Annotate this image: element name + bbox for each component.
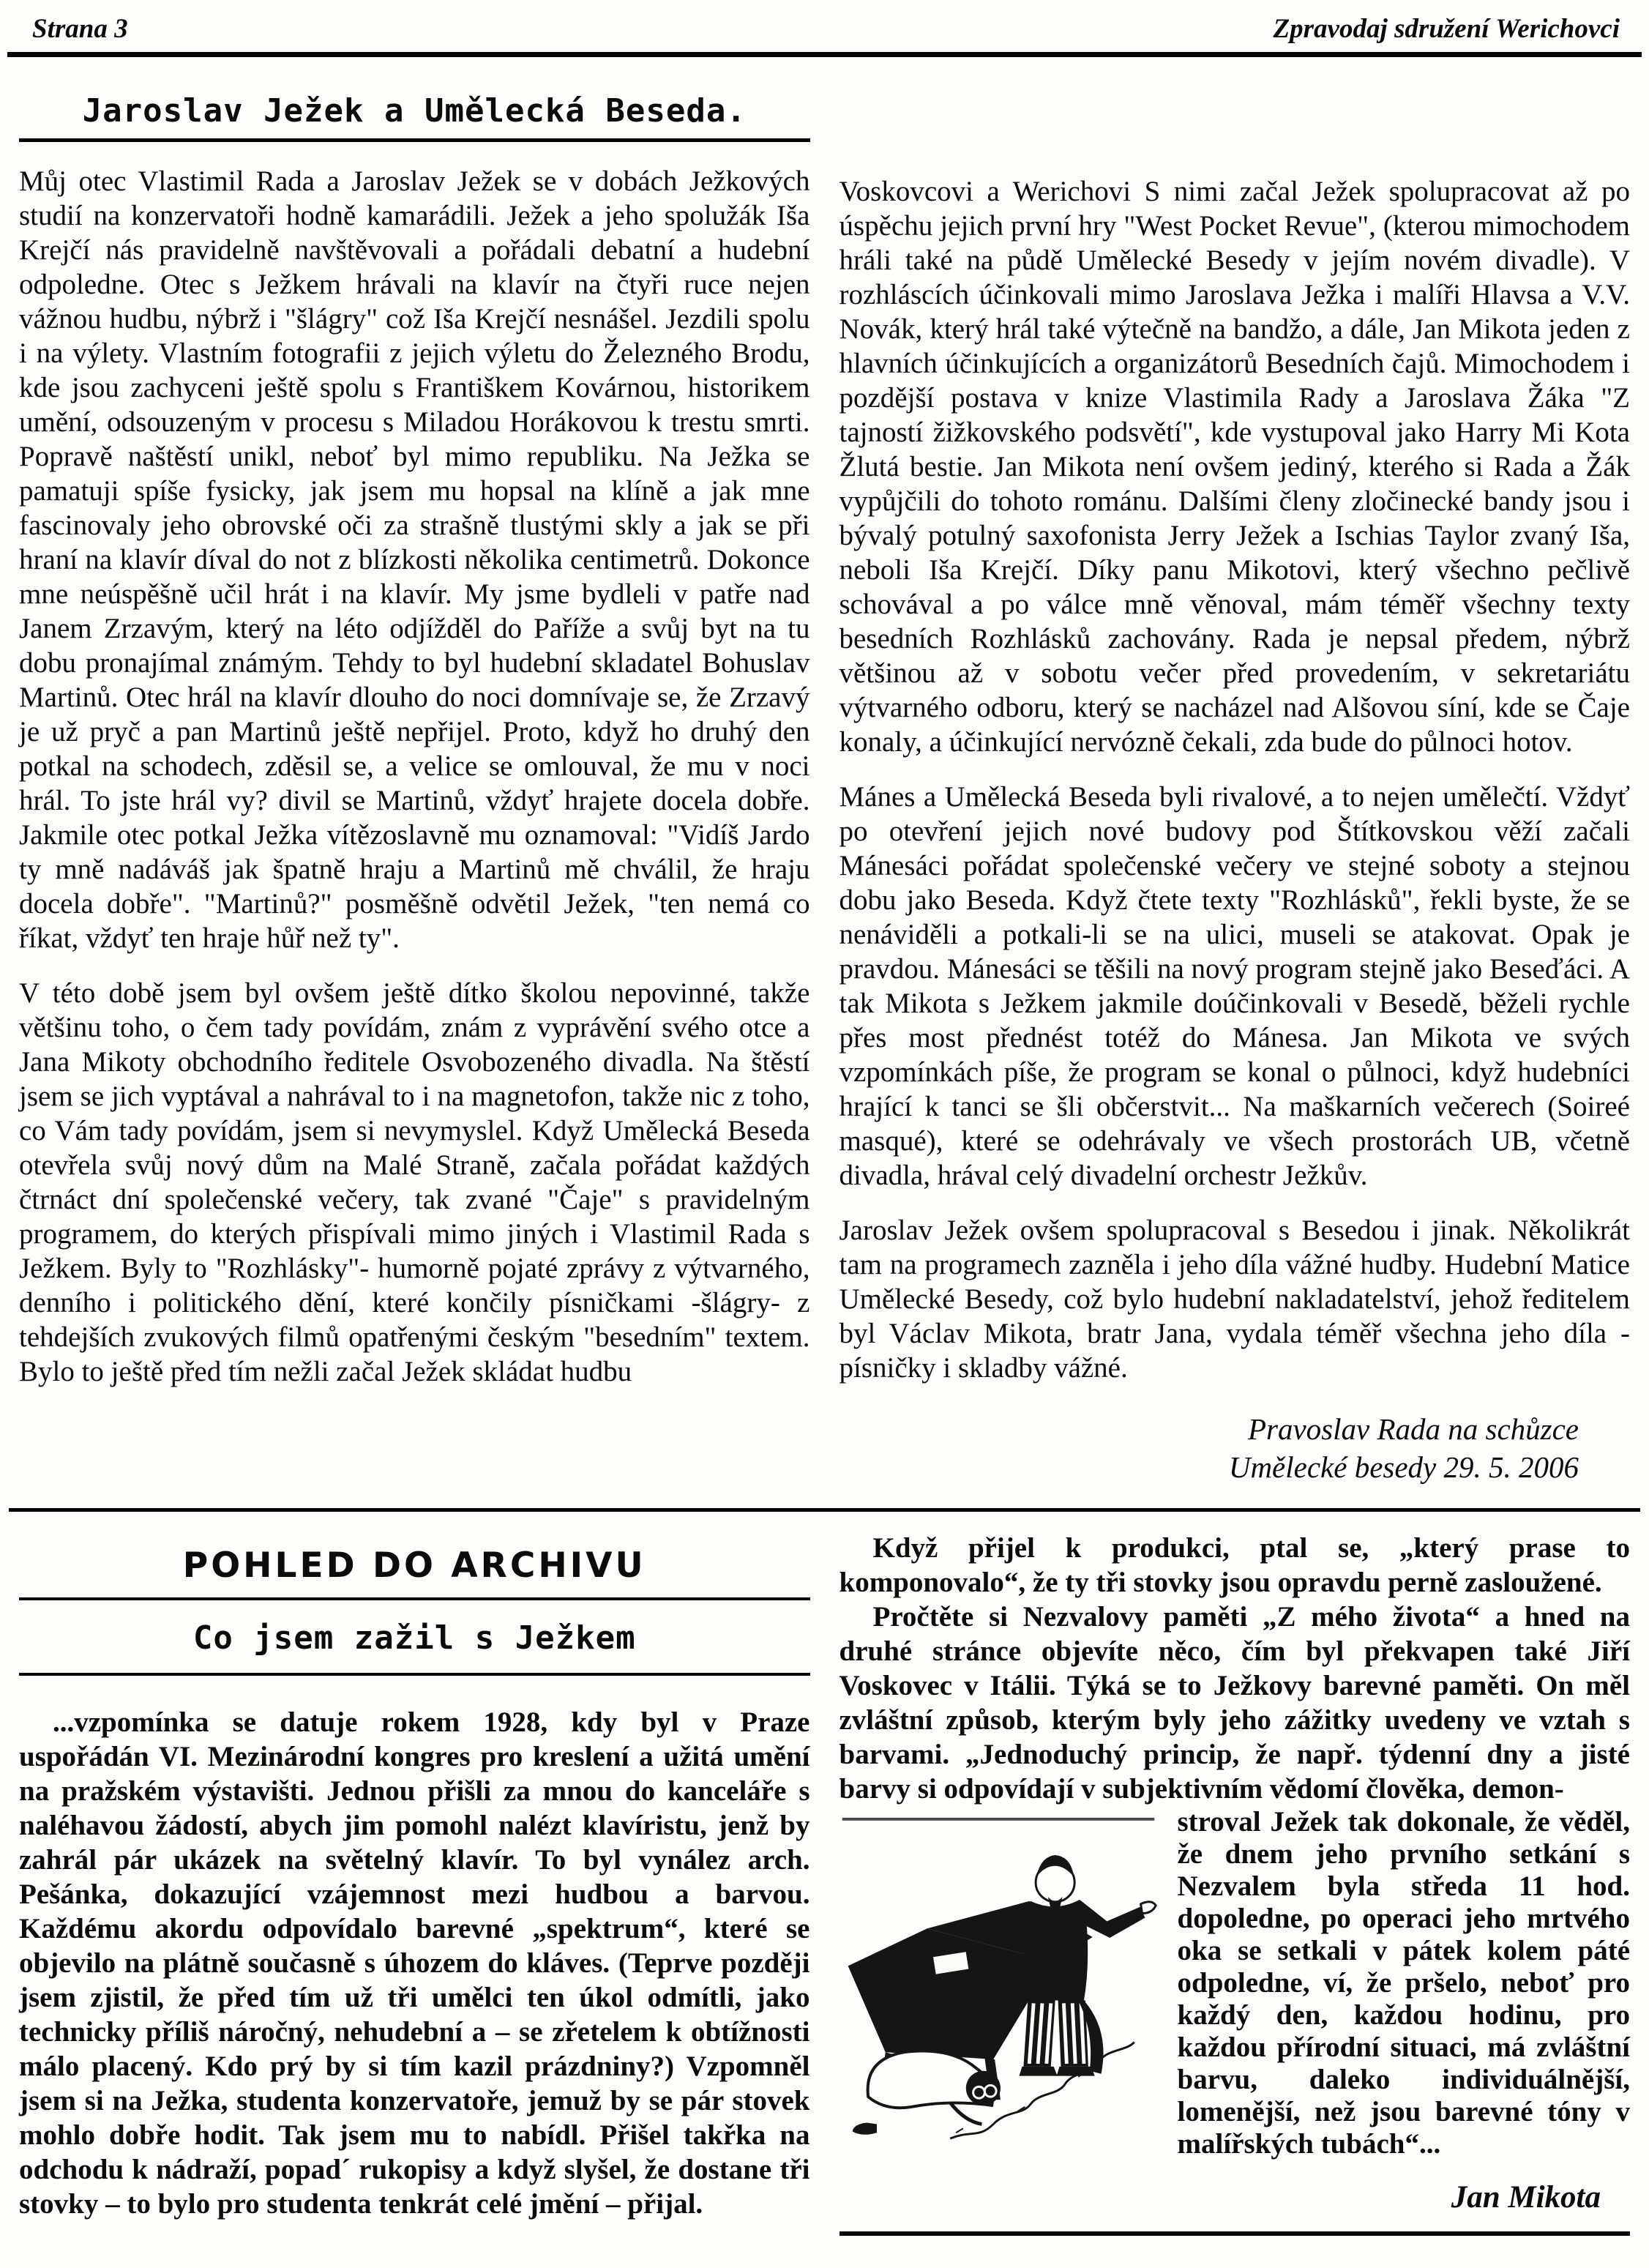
bottom-right-column: Když přijel k produkci, ptal se, „který … [840, 1531, 1631, 2236]
article-paragraph: V této době jsem byl ovšem ještě dítko š… [19, 976, 810, 1389]
signature-line: Pravoslav Rada na schůzce [840, 1410, 1579, 1448]
piano-caricature-drawing [840, 1813, 1159, 2144]
newsletter-page: Strana 3 Zpravodaj sdružení Werichovci J… [0, 0, 1649, 2268]
header-divider [7, 52, 1642, 57]
bottom-divider [840, 2231, 1631, 2236]
top-right-column: Voskovcovi a Werichovi S nimi začal Ježe… [840, 92, 1631, 1486]
top-section: Jaroslav Ježek a Umělecká Beseda. Můj ot… [0, 92, 1649, 1486]
article-title-underline [19, 138, 810, 142]
page-number-label: Strana 3 [32, 13, 128, 45]
bottom-left-column: POHLED DO ARCHIVU Co jsem zažil s Ježkem… [19, 1531, 810, 2236]
archive-paragraph: Když přijel k produkci, ptal se, „který … [840, 1531, 1631, 1600]
article-paragraph: Mánes a Umělecká Beseda byli rivalové, a… [840, 780, 1631, 1193]
archive-section-title: POHLED DO ARCHIVU [19, 1545, 810, 1586]
article-paragraph: Jaroslav Ježek ovšem spolupracoval s Bes… [840, 1213, 1631, 1385]
bottom-section: POHLED DO ARCHIVU Co jsem zažil s Ježkem… [0, 1531, 1649, 2236]
page-header: Strana 3 Zpravodaj sdružení Werichovci [0, 7, 1649, 48]
jezek-piano-caricature-illustration [840, 1813, 1159, 2144]
archive-subtitle-underline [19, 1673, 810, 1676]
newsletter-title: Zpravodaj sdružení Werichovci [1274, 13, 1620, 45]
signature-line: Umělecké besedy 29. 5. 2006 [840, 1448, 1579, 1486]
author-signature: Jan Mikota [840, 2179, 1631, 2215]
illustration-text-wrap: stroval Ježek tak dokonale, že věděl, že… [840, 1806, 1631, 2160]
article-title: Jaroslav Ježek a Umělecká Beseda. [19, 92, 810, 130]
top-left-column: Jaroslav Ježek a Umělecká Beseda. Můj ot… [19, 92, 810, 1486]
archive-title-underline [19, 1597, 810, 1600]
section-divider [9, 1508, 1640, 1512]
archive-paragraph: Pročtěte si Nezvalovy paměti „Z mého živ… [840, 1600, 1631, 1806]
archive-paragraph: ...vzpomínka se datuje rokem 1928, kdy b… [19, 1705, 810, 2221]
author-signature: Pravoslav Rada na schůzce Umělecké besed… [840, 1410, 1631, 1486]
archive-article-title: Co jsem zažil s Ježkem [19, 1619, 810, 1657]
article-paragraph: Voskovcovi a Werichovi S nimi začal Ježe… [840, 174, 1631, 759]
article-paragraph: Můj otec Vlastimil Rada a Jaroslav Ježek… [19, 164, 810, 955]
